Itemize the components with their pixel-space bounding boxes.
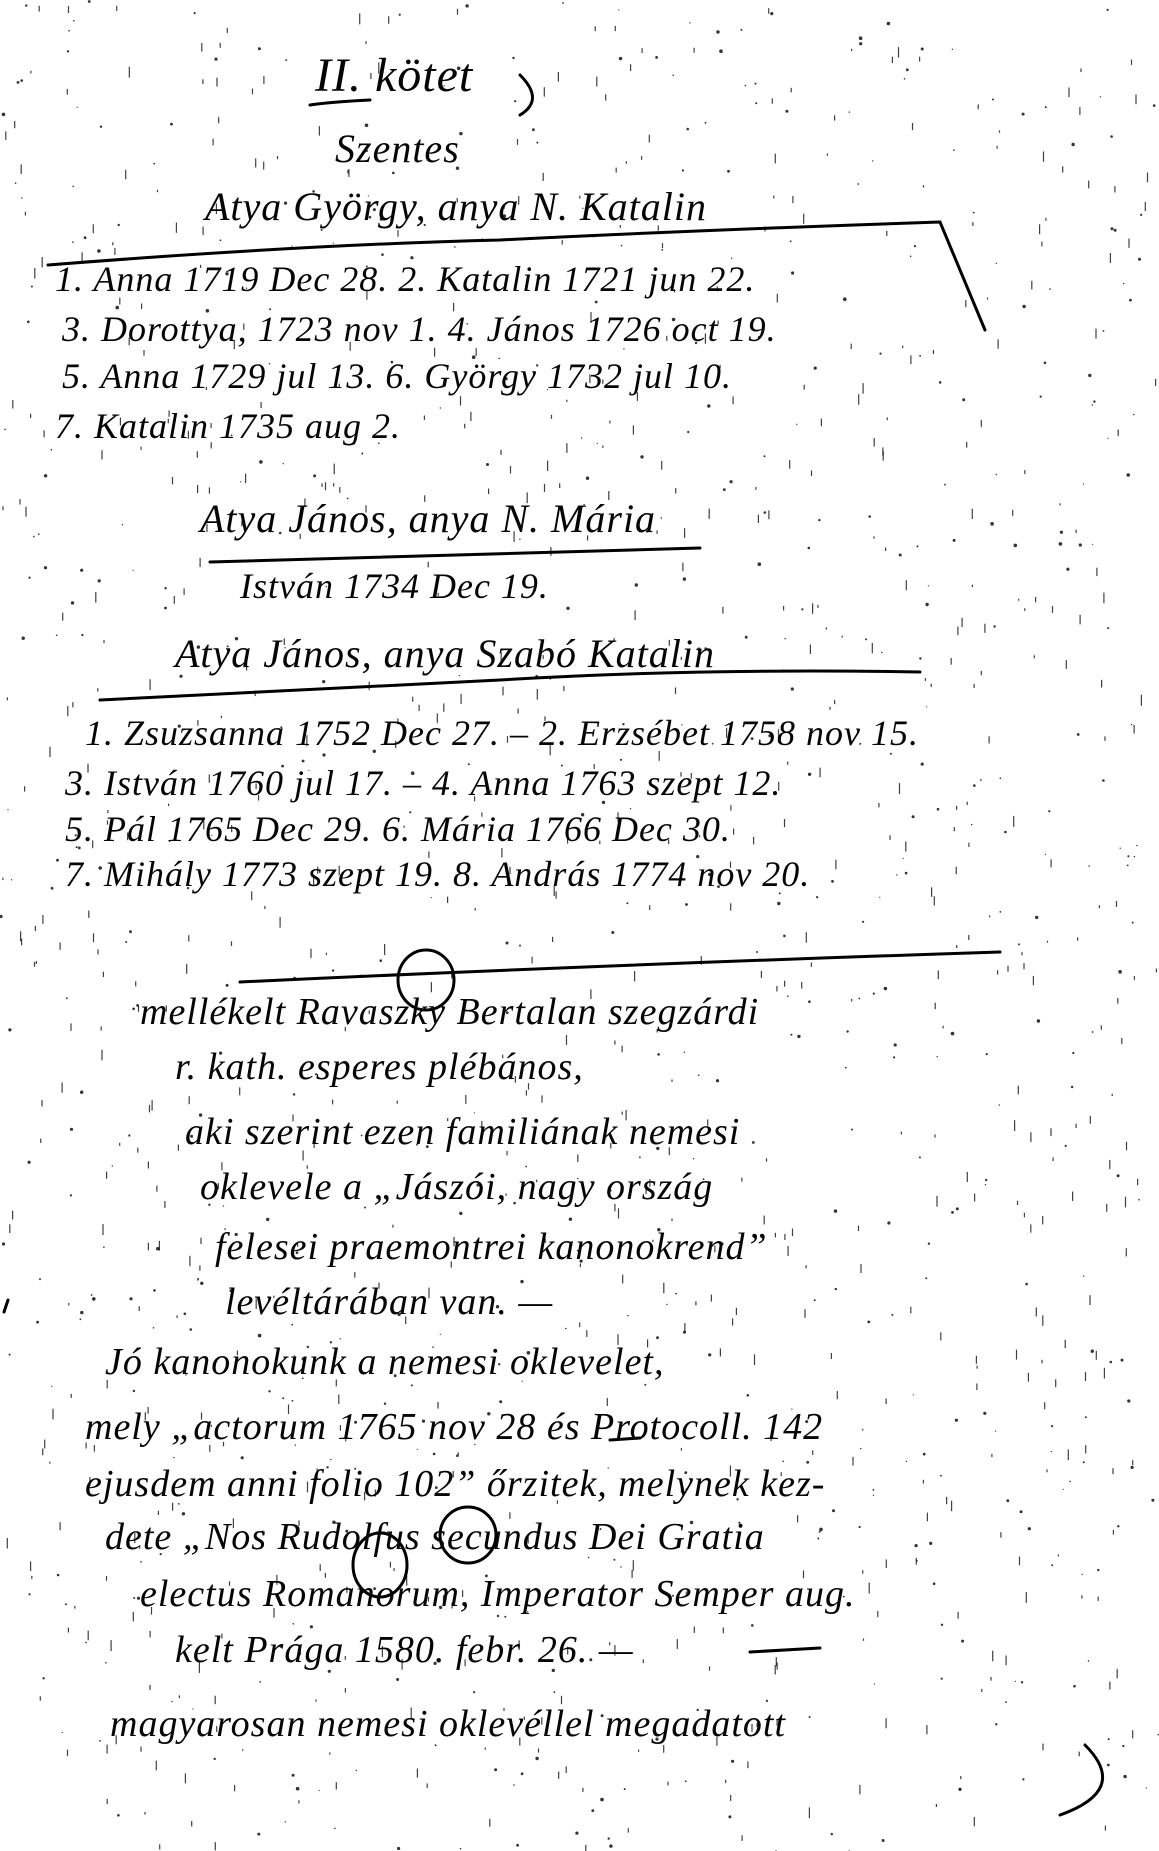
family-3-parents: Atya János, anya Szabó Katalin bbox=[175, 630, 715, 677]
note-line: mellékelt Ravaszky Bertalan szegzárdi bbox=[140, 990, 759, 1034]
family-3-child-line: 1. Zsuzsanna 1752 Dec 27. – 2. Erzsébet … bbox=[85, 712, 919, 754]
family-3-child-line: 3. István 1760 jul 17. – 4. Anna 1763 sz… bbox=[65, 762, 781, 804]
note-line: electus Romanorum, Imperator Semper aug. bbox=[140, 1572, 855, 1616]
family-3-child-line: 7. Mihály 1773 szept 19. 8. András 1774 … bbox=[65, 853, 810, 895]
note-line: mely „actorum 1765 nov 28 és Protocoll. … bbox=[85, 1405, 823, 1449]
family-2-child-line: István 1734 Dec 19. bbox=[240, 565, 549, 607]
note-line: r. kath. esperes plébános, bbox=[175, 1045, 584, 1089]
note-line: ejusdem anni folio 102” őrzitek, melynek… bbox=[85, 1462, 825, 1506]
note-line: levéltárában van. — bbox=[225, 1280, 553, 1324]
family-1-child-line: 5. Anna 1729 jul 13. 6. György 1732 jul … bbox=[62, 355, 732, 397]
note-line: kelt Prága 1580. febr. 26. — bbox=[175, 1628, 634, 1672]
family-1-parents: Atya György, anya N. Katalin bbox=[205, 183, 707, 230]
note-line: oklevele a „Jászói, nagy ország bbox=[200, 1165, 713, 1209]
note-line: dete „Nos Rudolfus secundus Dei Gratia bbox=[105, 1515, 765, 1559]
family-1-child-line: 1. Anna 1719 Dec 28. 2. Katalin 1721 jun… bbox=[55, 258, 755, 300]
family-2-parents: Atya János, anya N. Mária bbox=[200, 495, 656, 542]
note-line: Jó kanonokunk a nemesi oklevelet, bbox=[105, 1340, 665, 1384]
family-3-child-line: 5. Pál 1765 Dec 29. 6. Mária 1766 Dec 30… bbox=[65, 808, 731, 850]
surname-heading: Szentes bbox=[335, 125, 460, 172]
note-line: aki szerint ezen familiának nemesi bbox=[185, 1110, 740, 1154]
manuscript-page: II. kötet Szentes Atya György, anya N. K… bbox=[0, 0, 1159, 1851]
family-1-child-line: 7. Katalin 1735 aug 2. bbox=[55, 405, 401, 447]
note-line: magyarosan nemesi oklevéllel megadatott bbox=[110, 1702, 786, 1746]
family-1-child-line: 3. Dorottya, 1723 nov 1. 4. János 1726 o… bbox=[62, 308, 777, 350]
note-line: felesei praemontrei kanonokrend” bbox=[215, 1225, 768, 1269]
volume-title: II. kötet bbox=[315, 48, 473, 103]
